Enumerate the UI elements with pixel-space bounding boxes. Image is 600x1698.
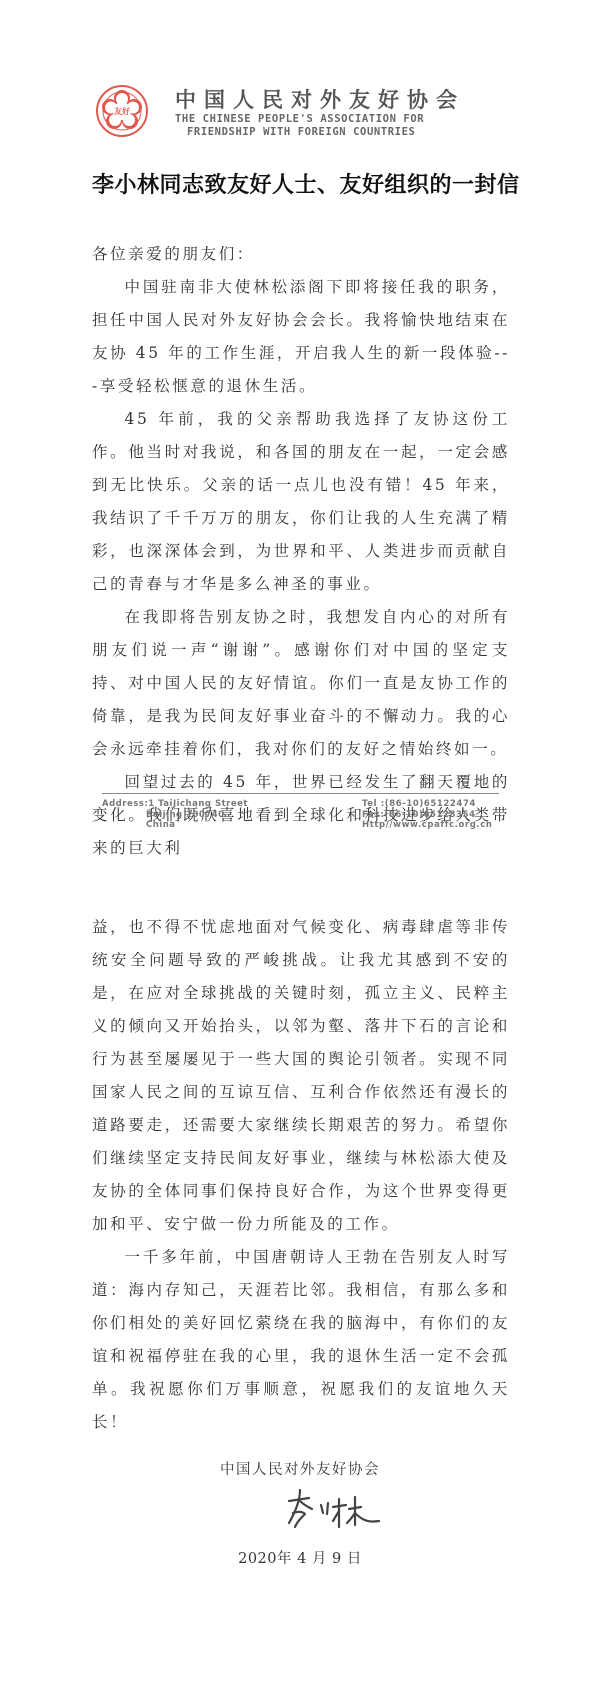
footer-contact: Tel :(86-10)65122474 Fax:(86-10)65128354…	[362, 799, 493, 831]
letter-body-page1: 各位亲爱的朋友们： 中国驻南非大使林松添阁下即将接任我的职务，担任中国人民对外友…	[92, 238, 510, 865]
paragraph: 中国驻南非大使林松添阁下即将接任我的职务，担任中国人民对外友好协会会长。我将愉快…	[92, 271, 510, 403]
fax: Fax:(86-10)65128354	[362, 810, 493, 821]
letterhead-footer: Address:1 TaiJichang Street Beijing 1007…	[92, 793, 507, 841]
footer-divider	[102, 793, 499, 794]
handwritten-signature-icon	[283, 1487, 383, 1532]
letter-date: 2020年 4 月 9 日	[0, 1547, 600, 1568]
letter-title: 李小林同志致友好人士、友好组织的一封信	[92, 168, 520, 199]
org-name-english-line2: FRIENDSHIP WITH FOREIGN COUNTRIES	[187, 126, 415, 138]
paragraph: 45 年前，我的父亲帮助我选择了友协这份工作。他当时对我说，和各国的朋友在一起，…	[92, 403, 510, 601]
paragraph: 益，也不得不忧虑地面对气候变化、病毒肆虐等非传统安全问题导致的严峻挑战。让我尤其…	[92, 911, 510, 1241]
paragraph: 在我即将告别友协之时，我想发自内心的对所有朋友们说一声“谢谢”。感谢你们对中国的…	[92, 601, 510, 766]
paragraph: 一千多年前，中国唐朝诗人王勃在告别友人时写道：海内存知己，天涯若比邻。我相信，有…	[92, 1241, 510, 1439]
letter-body-page2: 益，也不得不忧虑地面对气候变化、病毒肆虐等非传统安全问题导致的严峻挑战。让我尤其…	[92, 911, 510, 1439]
salutation: 各位亲爱的朋友们：	[92, 238, 510, 271]
letterhead: 友好 中国人民对外友好协会 THE CHINESE PEOPLE'S ASSOC…	[95, 84, 475, 140]
cpaffc-seal-logo-icon: 友好	[95, 84, 149, 138]
svg-text:友好: 友好	[114, 106, 130, 116]
address-line1: Address:1 TaiJichang Street	[102, 799, 248, 810]
footer-address: Address:1 TaiJichang Street Beijing 1007…	[102, 799, 248, 831]
org-name-english-line1: THE CHINESE PEOPLE'S ASSOCIATION FOR	[175, 113, 424, 125]
address-line3: China	[102, 820, 248, 831]
address-line2: Beijing 100740	[102, 810, 248, 821]
org-name-chinese: 中国人民对外友好协会	[175, 84, 465, 114]
website-link[interactable]: Http//www.cpaffc.org.cn	[362, 820, 493, 831]
closing-organization: 中国人民对外友好协会	[0, 1458, 600, 1479]
tel: Tel :(86-10)65122474	[362, 799, 493, 810]
